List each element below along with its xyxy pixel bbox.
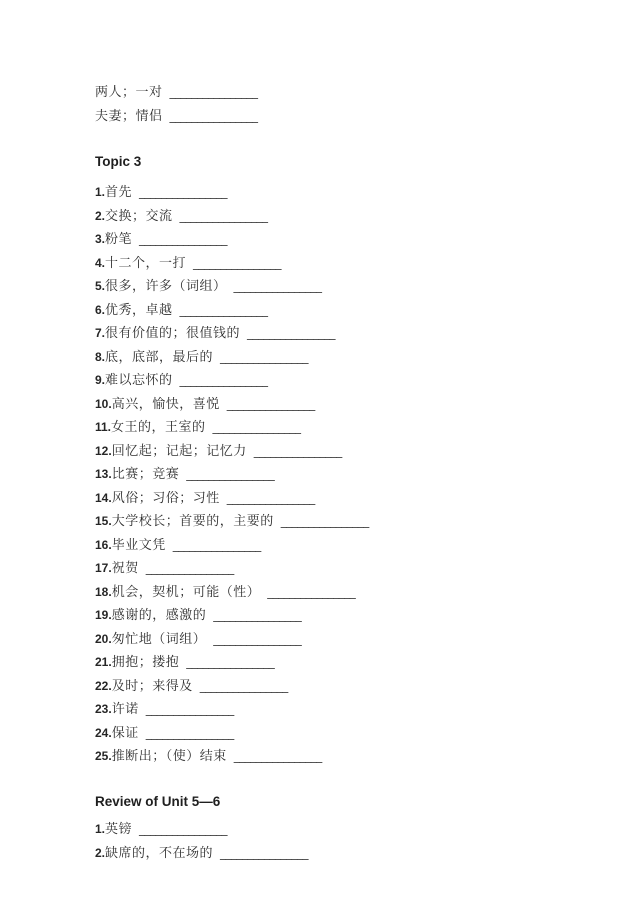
review-section: 1. 英镑 ________________ 2. 缺席的，不在场的 _____… (95, 821, 600, 861)
vocab-row: 14. 风俗；习俗；习性 ________________ (95, 490, 600, 506)
vocab-term: 缺席的，不在场的 (105, 845, 213, 860)
vocab-row: 13. 比赛；竞赛 ________________ (95, 466, 600, 482)
item-number: 14. (95, 491, 112, 506)
vocab-row: 11. 女王的，王室的 ________________ (95, 419, 600, 435)
vocab-row: 23. 许诺 ________________ (95, 701, 600, 717)
item-number: 23. (95, 702, 112, 717)
item-number: 16. (95, 538, 112, 553)
vocab-term: 十二个，一打 (105, 255, 186, 270)
answer-blank: ________________ (267, 585, 355, 600)
answer-blank: ________________ (193, 256, 281, 271)
answer-blank: ________________ (180, 303, 268, 318)
item-number: 12. (95, 444, 112, 459)
vocab-term: 夫妻；情侣 (95, 108, 163, 123)
vocab-row: 15. 大学校长；首要的，主要的 ________________ (95, 513, 600, 529)
item-number: 24. (95, 726, 112, 741)
answer-blank: ________________ (146, 726, 234, 741)
vocab-term: 粉笔 (105, 231, 132, 246)
item-number: 5. (95, 279, 105, 294)
vocab-term: 底，底部，最后的 (105, 349, 213, 364)
vocab-row: 5. 很多，许多（词组） ________________ (95, 278, 600, 294)
item-number: 6. (95, 303, 105, 318)
vocab-row: 7. 很有价值的；很值钱的 ________________ (95, 325, 600, 341)
vocab-row: 两人；一对 ________________ (95, 84, 600, 100)
vocab-row: 18. 机会，契机；可能（性） ________________ (95, 584, 600, 600)
item-number: 13. (95, 467, 112, 482)
item-number: 1. (95, 185, 105, 200)
item-number: 19. (95, 608, 112, 623)
vocab-term: 高兴，愉快，喜悦 (112, 396, 220, 411)
answer-blank: ________________ (180, 209, 268, 224)
vocab-term: 推断出；（使）结束 (112, 748, 227, 763)
vocab-row: 夫妻；情侣 ________________ (95, 108, 600, 124)
answer-blank: ________________ (146, 561, 234, 576)
answer-blank: ________________ (220, 350, 308, 365)
answer-blank: ________________ (213, 420, 301, 435)
vocab-row: 16. 毕业文凭 ________________ (95, 537, 600, 553)
answer-blank: ________________ (180, 373, 268, 388)
answer-blank: ________________ (139, 232, 227, 247)
vocab-term: 两人；一对 (95, 84, 163, 99)
item-number: 9. (95, 373, 105, 388)
answer-blank: ________________ (186, 655, 274, 670)
item-number: 20. (95, 632, 112, 647)
vocab-row: 20. 匆忙地（词组） ________________ (95, 631, 600, 647)
vocab-row: 17. 祝贺 ________________ (95, 560, 600, 576)
answer-blank: ________________ (139, 185, 227, 200)
vocab-row: 21. 拥抱；搂抱 ________________ (95, 654, 600, 670)
answer-blank: ________________ (220, 846, 308, 861)
intro-list: 两人；一对 ________________ 夫妻；情侣 ___________… (95, 84, 600, 124)
topic3-heading: Topic 3 (95, 154, 600, 170)
vocab-term: 首先 (105, 184, 132, 199)
item-number: 1. (95, 822, 105, 837)
item-number: 8. (95, 350, 105, 365)
vocab-row: 2. 缺席的，不在场的 ________________ (95, 845, 600, 861)
answer-blank: ________________ (254, 444, 342, 459)
item-number: 4. (95, 256, 105, 271)
item-number: 22. (95, 679, 112, 694)
vocab-term: 保证 (112, 725, 139, 740)
vocab-row: 9. 难以忘怀的 ________________ (95, 372, 600, 388)
review-list: 1. 英镑 ________________ 2. 缺席的，不在场的 _____… (95, 821, 600, 861)
vocab-term: 祝贺 (112, 560, 139, 575)
vocab-term: 毕业文凭 (112, 537, 166, 552)
answer-blank: ________________ (234, 749, 322, 764)
answer-blank: ________________ (213, 608, 301, 623)
vocab-term: 感谢的，感激的 (112, 607, 207, 622)
vocab-row: 4. 十二个，一打 ________________ (95, 255, 600, 271)
vocab-term: 优秀，卓越 (105, 302, 173, 317)
item-number: 10. (95, 397, 112, 412)
answer-blank: ________________ (227, 397, 315, 412)
vocab-row: 1. 英镑 ________________ (95, 821, 600, 837)
vocab-term: 拥抱；搂抱 (112, 654, 180, 669)
vocab-row: 22. 及时；来得及 ________________ (95, 678, 600, 694)
vocab-row: 6. 优秀，卓越 ________________ (95, 302, 600, 318)
vocab-term: 风俗；习俗；习性 (112, 490, 220, 505)
vocab-term: 很有价值的；很值钱的 (105, 325, 240, 340)
answer-blank: ________________ (213, 632, 301, 647)
vocab-row: 12. 回忆起；记起；记忆力 ________________ (95, 443, 600, 459)
item-number: 3. (95, 232, 105, 247)
answer-blank: ________________ (186, 467, 274, 482)
vocab-row: 2. 交换；交流 ________________ (95, 208, 600, 224)
item-number: 11. (95, 420, 111, 435)
item-number: 15. (95, 514, 112, 529)
item-number: 17. (95, 561, 112, 576)
item-number: 2. (95, 846, 105, 861)
answer-blank: ________________ (146, 702, 234, 717)
topic3-section: 1. 首先 ________________ 2. 交换；交流 ________… (95, 184, 600, 764)
vocab-term: 比赛；竞赛 (112, 466, 180, 481)
vocab-term: 回忆起；记起；记忆力 (112, 443, 247, 458)
vocab-term: 许诺 (112, 701, 139, 716)
item-number: 18. (95, 585, 112, 600)
vocab-term: 很多，许多（词组） (105, 278, 227, 293)
vocab-row: 25. 推断出；（使）结束 ________________ (95, 748, 600, 764)
vocab-term: 大学校长；首要的，主要的 (112, 513, 274, 528)
vocab-row: 1. 首先 ________________ (95, 184, 600, 200)
answer-blank: ________________ (227, 491, 315, 506)
topic3-list: 1. 首先 ________________ 2. 交换；交流 ________… (95, 184, 600, 764)
vocab-row: 24. 保证 ________________ (95, 725, 600, 741)
vocab-term: 匆忙地（词组） (112, 631, 207, 646)
answer-blank: ________________ (200, 679, 288, 694)
vocab-row: 10. 高兴，愉快，喜悦 ________________ (95, 396, 600, 412)
vocab-term: 及时；来得及 (112, 678, 193, 693)
vocab-term: 交换；交流 (105, 208, 173, 223)
item-number: 7. (95, 326, 105, 341)
vocab-term: 难以忘怀的 (105, 372, 173, 387)
answer-blank: ________________ (139, 822, 227, 837)
vocab-term: 英镑 (105, 821, 132, 836)
item-number: 2. (95, 209, 105, 224)
item-number: 25. (95, 749, 112, 764)
review-heading: Review of Unit 5—6 (95, 794, 600, 810)
worksheet-page: 两人；一对 ________________ 夫妻；情侣 ___________… (0, 0, 640, 905)
vocab-term: 机会，契机；可能（性） (112, 584, 261, 599)
answer-blank: ________________ (170, 109, 258, 124)
item-number: 21. (95, 655, 112, 670)
answer-blank: ________________ (173, 538, 261, 553)
vocab-term: 女王的，王室的 (111, 419, 206, 434)
vocab-row: 8. 底，底部，最后的 ________________ (95, 349, 600, 365)
answer-blank: ________________ (170, 85, 258, 100)
answer-blank: ________________ (281, 514, 369, 529)
intro-section: 两人；一对 ________________ 夫妻；情侣 ___________… (95, 84, 600, 124)
answer-blank: ________________ (247, 326, 335, 341)
vocab-row: 19. 感谢的，感激的 ________________ (95, 607, 600, 623)
answer-blank: ________________ (234, 279, 322, 294)
vocab-row: 3. 粉笔 ________________ (95, 231, 600, 247)
